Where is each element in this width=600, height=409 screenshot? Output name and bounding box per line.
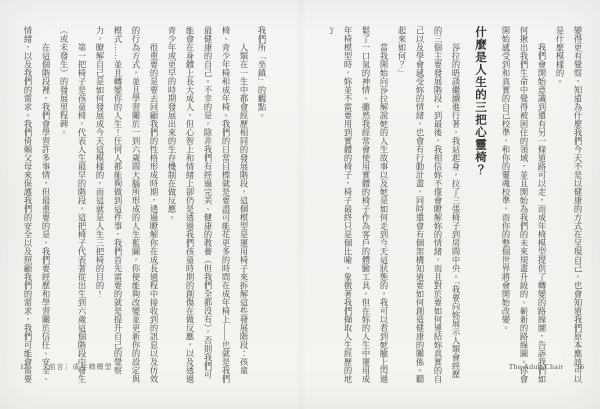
body-paragraph: 當我開始向莎拉解說她的人生故事以及她是如何走到今天這狀態的，我可以看到她臉上閃過… (330, 26, 392, 383)
body-paragraph: 莎拉的晤談繼續進行著，我站起身，拉了三張椅子到房間中央。「我要向妳展示人類會經歷… (392, 26, 464, 383)
body-paragraph: 我們會開始意識到還有另一條道路可以走，而成年椅模型提供了轉變的路線圖，告訴我們如… (496, 26, 550, 383)
left-page-footer: 17 〔前言〕成年椅模型 (20, 362, 113, 372)
body-paragraph: 第一把椅子是孩童椅，代表人生最早的階段，這把椅子代表著從出生到六歲這個階段中發生… (54, 26, 90, 383)
body-paragraph: 變得更有覺察，知道為什麼我們今天不是以健康的方式在呈現自己，也會知道我們原本應該… (550, 26, 586, 383)
right-page: 變得更有覺察，知道為什麼我們今天不是以健康的方式在呈現自己，也會知道我們原本應該… (330, 26, 586, 383)
right-page-footer: The Adult Chair 16 (509, 362, 584, 371)
left-page: 我們所「坐鎮」的觀點。 人類在一生中都會經歷相同的發展階段，這個模型是運用椅子來… (18, 26, 270, 383)
body-paragraph: 在這個階段裡，我們會學習許多事情，但最重要的是，我們要經歷和學習關於信任、安全、… (18, 26, 54, 383)
page-gutter (296, 0, 306, 409)
page-number-right: 16 (577, 362, 585, 371)
book-spread: 變得更有覺察，知道為什麼我們今天不是以健康的方式在呈現自己，也會知道我們原本應該… (0, 0, 600, 409)
body-paragraph: 我們所「坐鎮」的觀點。 (252, 26, 270, 383)
section-heading: 什麼是人生的三把心靈椅？ (470, 26, 490, 383)
running-title-right: The Adult Chair (509, 362, 564, 371)
body-paragraph: 人類在一生中都會經歷相同的發展階段，這個模型是運用椅子來拆解這些發展階段：孩童椅… (162, 26, 252, 383)
page-number-left: 17 (20, 362, 28, 371)
running-title-left: 〔前言〕成年椅模型 (41, 362, 113, 372)
body-paragraph: 很重要的是要去回顧我們的性格形成時期，透過瞭解你在成長過程中接收到的訊息以及仿效… (90, 26, 162, 383)
